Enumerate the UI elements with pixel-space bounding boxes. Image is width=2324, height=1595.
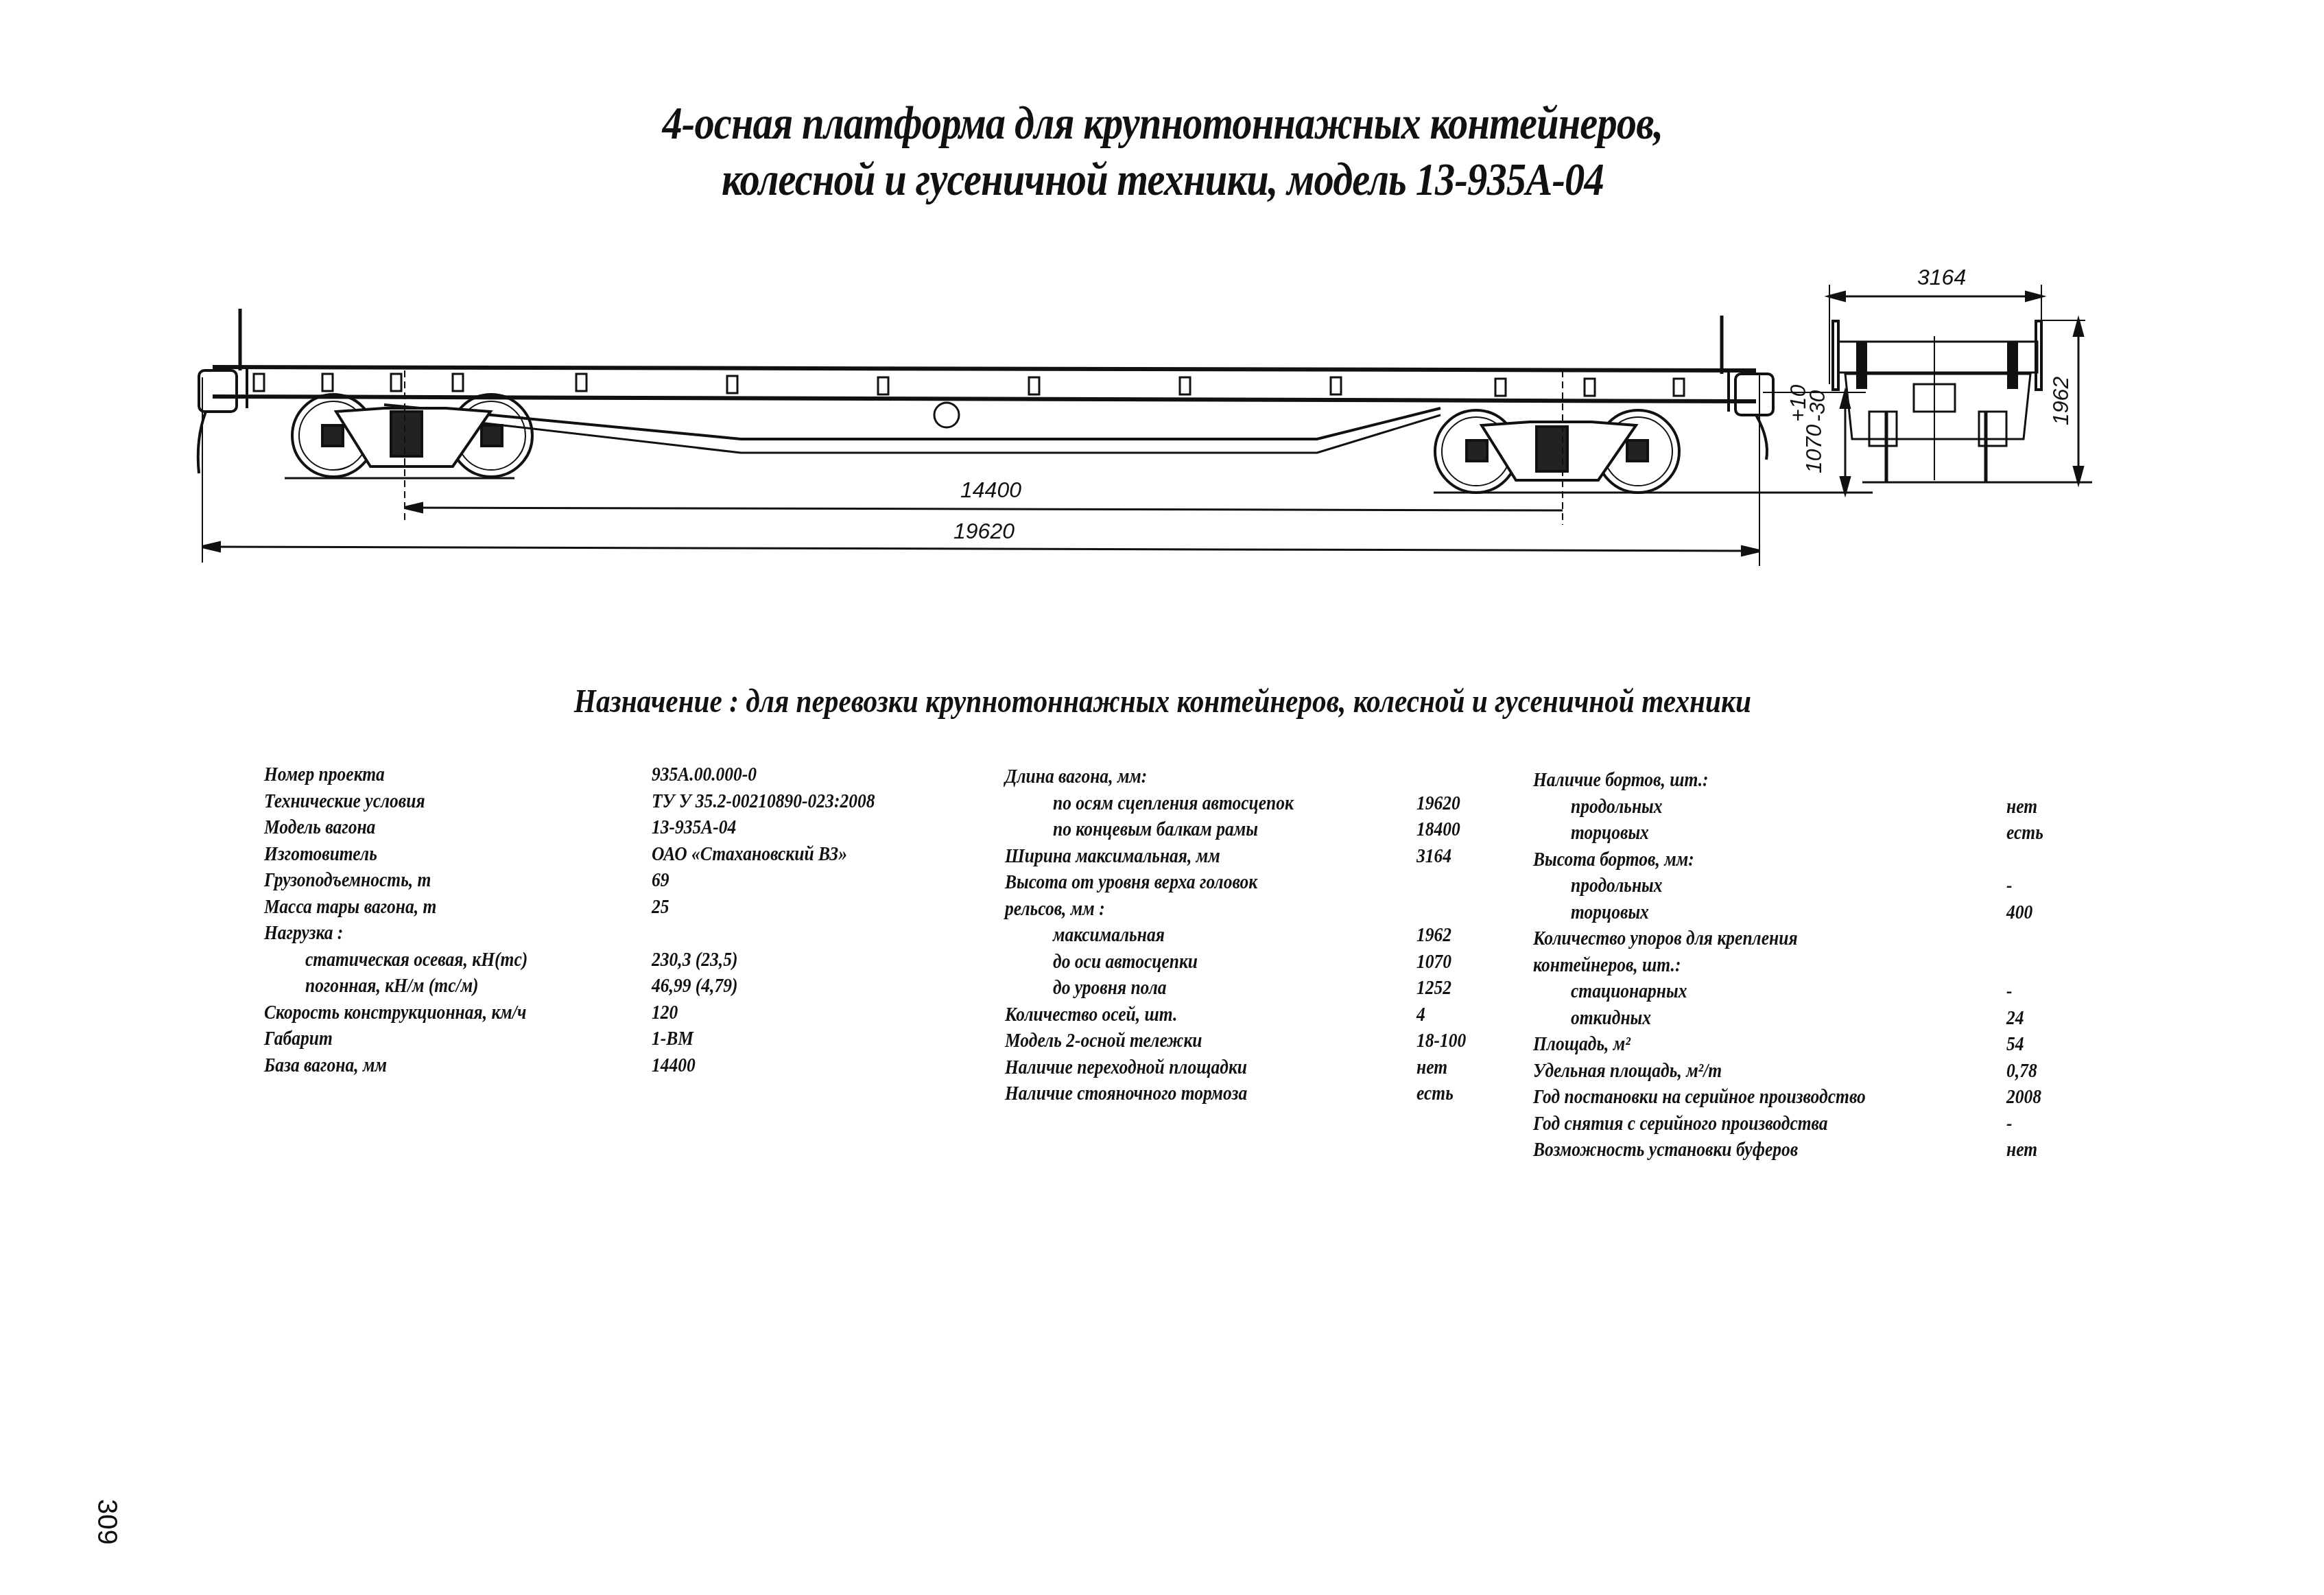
spec-value: нет [1416, 1054, 1447, 1081]
spec-row: до уровня пола1252 [1005, 975, 1554, 1002]
spec-label: Количество упоров для крепления [1533, 925, 1798, 952]
spec-value: есть [1416, 1080, 1454, 1107]
spec-value: 13-935А-04 [652, 814, 736, 841]
spec-value: 935А.00.000-0 [652, 761, 757, 788]
spec-value: 2008 [2006, 1084, 2041, 1111]
dim-coupler-height-label: 1070 [1801, 425, 1826, 473]
spec-value: ОАО «Стахановский ВЗ» [652, 841, 847, 868]
spec-value: 18-100 [1416, 1028, 1466, 1054]
spec-row: Удельная площадь, м²/т0,78 [1533, 1058, 2150, 1085]
spec-row: Габарит1-ВМ [264, 1026, 950, 1052]
spec-label: погонная, кН/м (тс/м) [305, 973, 479, 1000]
spec-row: продольныхнет [1533, 794, 2150, 820]
spec-row: Количество осей, шт.4 [1005, 1002, 1554, 1028]
spec-row: Высота бортов, мм: [1533, 847, 2150, 873]
spec-label: продольных [1571, 873, 1663, 899]
spec-value: 3164 [1416, 843, 1451, 870]
spec-row: статическая осевая, кН(тс)230,3 (23,5) [264, 947, 950, 973]
spec-label: Высота от уровня верха головок [1005, 869, 1257, 896]
spec-label: до уровня пола [1053, 975, 1167, 1002]
spec-row: откидных24 [1533, 1005, 2150, 1032]
spec-column-general: Номер проекта935А.00.000-0Технические ус… [264, 761, 950, 1078]
spec-row: Номер проекта935А.00.000-0 [264, 761, 950, 788]
spec-value: 69 [652, 867, 669, 894]
spec-value: 54 [2006, 1031, 2024, 1058]
spec-value: нет [2006, 1137, 2037, 1163]
spec-label: статическая осевая, кН(тс) [305, 947, 527, 973]
page-number: 309 [91, 1499, 122, 1545]
dim-base-label: 14400 [960, 477, 1021, 502]
spec-label: Год снятия с серийного производства [1533, 1111, 1828, 1137]
spec-label: Модель вагона [264, 814, 375, 841]
spec-label: торцовых [1571, 899, 1649, 926]
spec-row: погонная, кН/м (тс/м)46,99 (4,79) [264, 973, 950, 1000]
spec-row: стационарных- [1533, 978, 2150, 1005]
spec-value: 19620 [1416, 790, 1460, 817]
spec-label: Масса тары вагона, т [264, 894, 436, 921]
spec-row: Модель 2-осной тележки18-100 [1005, 1028, 1554, 1054]
spec-value: 1070 [1416, 949, 1451, 976]
bogie-left [292, 394, 532, 477]
spec-value: 18400 [1416, 816, 1460, 843]
spec-label: Наличие бортов, шт.: [1533, 767, 1709, 794]
dim-height-label: 1962 [2048, 377, 2073, 425]
spec-label: Количество осей, шт. [1005, 1002, 1177, 1028]
spec-label: стационарных [1571, 978, 1687, 1005]
spec-row: Возможность установки буферовнет [1533, 1137, 2150, 1163]
spec-column-dimensions: Длина вагона, мм:по осям сцепления автос… [1005, 764, 1554, 1107]
spec-label: Модель 2-осной тележки [1005, 1028, 1202, 1054]
spec-value: 24 [2006, 1005, 2024, 1032]
spec-row: Наличие бортов, шт.: [1533, 767, 2150, 794]
dim-coupler-tol-lower: -30 [1805, 390, 1829, 422]
spec-value: ТУ У 35.2-00210890-023:2008 [652, 788, 875, 815]
bogie-right [1435, 410, 1679, 493]
spec-row: Наличие переходной площадкинет [1005, 1054, 1554, 1081]
spec-label: откидных [1571, 1005, 1651, 1032]
spec-row: Модель вагона13-935А-04 [264, 814, 950, 841]
spec-row: Год постановки на серийное производство2… [1533, 1084, 2150, 1111]
spec-row: по осям сцепления автосцепок19620 [1005, 790, 1554, 817]
spec-row: База вагона, мм14400 [264, 1052, 950, 1079]
spec-value: нет [2006, 794, 2037, 820]
spec-row: Ширина максимальная, мм3164 [1005, 843, 1554, 870]
spec-label: Удельная площадь, м²/т [1533, 1058, 1722, 1085]
spec-row: Масса тары вагона, т25 [264, 894, 950, 921]
spec-value: есть [2006, 820, 2043, 847]
spec-value: 4 [1416, 1002, 1425, 1028]
spec-row: Технические условияТУ У 35.2-00210890-02… [264, 788, 950, 815]
spec-label: по осям сцепления автосцепок [1053, 790, 1294, 817]
purpose-statement: Назначение : для перевозки крупнотоннажн… [163, 683, 2162, 720]
dim-width-label: 3164 [1917, 265, 1966, 290]
spec-label: Габарит [264, 1026, 333, 1052]
spec-row: Скорость конструкционная, км/ч120 [264, 1000, 950, 1026]
spec-label: Скорость конструкционная, км/ч [264, 1000, 526, 1026]
spec-label: Длина вагона, мм: [1005, 764, 1147, 790]
spec-label: контейнеров, шт.: [1533, 952, 1681, 979]
spec-label: Изготовитель [264, 841, 377, 868]
spec-value: - [2006, 873, 2013, 899]
spec-row: Высота от уровня верха головок [1005, 869, 1554, 896]
spec-value: 14400 [652, 1052, 696, 1079]
spec-label: торцовых [1571, 820, 1649, 847]
spec-value: - [2006, 978, 2013, 1005]
spec-row: по концевым балкам рамы18400 [1005, 816, 1554, 843]
spec-row: торцовыхесть [1533, 820, 2150, 847]
spec-label: Номер проекта [264, 761, 385, 788]
spec-value: - [2006, 1111, 2013, 1137]
side-view-drawing [198, 309, 1873, 566]
spec-label: Высота бортов, мм: [1533, 847, 1694, 873]
spec-row: Нагрузка : [264, 920, 950, 947]
spec-label: База вагона, мм [264, 1052, 387, 1079]
spec-label: рельсов, мм : [1005, 896, 1105, 923]
spec-label: Технические условия [264, 788, 425, 815]
spec-label: максимальная [1053, 922, 1165, 949]
spec-value: 1252 [1416, 975, 1451, 1002]
spec-value: 1962 [1416, 922, 1451, 949]
spec-label: Нагрузка : [264, 920, 343, 947]
spec-row: Грузоподъемность, т69 [264, 867, 950, 894]
spec-row: рельсов, мм : [1005, 896, 1554, 923]
spec-value: 120 [652, 1000, 678, 1026]
spec-row: контейнеров, шт.: [1533, 952, 2150, 979]
spec-value: 25 [652, 894, 669, 921]
spec-row: торцовых400 [1533, 899, 2150, 926]
spec-label: Наличие переходной площадки [1005, 1054, 1247, 1081]
spec-label: до оси автосцепки [1053, 949, 1198, 976]
spec-row: до оси автосцепки1070 [1005, 949, 1554, 976]
spec-column-sides-and-production: Наличие бортов, шт.:продольныхнетторцовы… [1533, 767, 2150, 1163]
spec-label: по концевым балкам рамы [1053, 816, 1258, 843]
spec-value: 230,3 (23,5) [652, 947, 737, 973]
spec-value: 46,99 (4,79) [652, 973, 737, 1000]
spec-label: Ширина максимальная, мм [1005, 843, 1220, 870]
spec-row: Площадь, м²54 [1533, 1031, 2150, 1058]
spec-value: 1-ВМ [652, 1026, 693, 1052]
spec-label: Возможность установки буферов [1533, 1137, 1798, 1163]
spec-label: Грузоподъемность, т [264, 867, 431, 894]
spec-row: продольных- [1533, 873, 2150, 899]
spec-label: Площадь, м² [1533, 1031, 1631, 1058]
spec-row: Количество упоров для крепления [1533, 925, 2150, 952]
spec-row: ИзготовительОАО «Стахановский ВЗ» [264, 841, 950, 868]
spec-value: 400 [2006, 899, 2032, 926]
dim-length-label: 19620 [953, 519, 1015, 543]
spec-value: 0,78 [2006, 1058, 2037, 1085]
spec-label: продольных [1571, 794, 1663, 820]
spec-row: максимальная1962 [1005, 922, 1554, 949]
spec-row: Год снятия с серийного производства- [1533, 1111, 2150, 1137]
spec-label: Наличие стояночного тормоза [1005, 1080, 1247, 1107]
spec-row: Наличие стояночного тормозаесть [1005, 1080, 1554, 1107]
spec-row: Длина вагона, мм: [1005, 764, 1554, 790]
spec-label: Год постановки на серийное производство [1533, 1084, 1866, 1111]
